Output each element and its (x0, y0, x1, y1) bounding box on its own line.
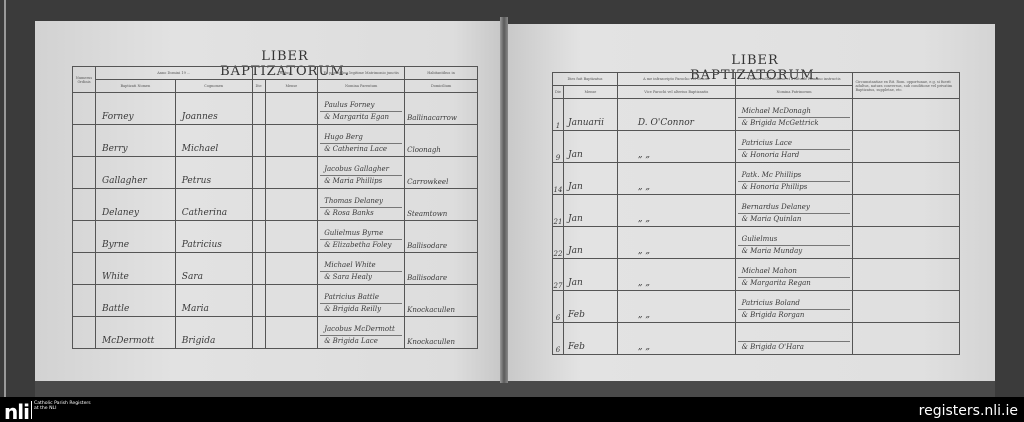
day-cell: 22 (553, 227, 564, 259)
mother-name: & Brigida Reilly (320, 304, 402, 315)
forename-cell: Michael (175, 125, 252, 157)
born-day-cell (252, 317, 265, 349)
remarks-cell (853, 131, 960, 163)
book-bottom-edge (35, 381, 995, 397)
parents-cell: Hugo Berg& Catherina Lace (318, 125, 405, 157)
viewer-footer (0, 397, 1024, 422)
born-month-cell (265, 221, 318, 253)
father-name: Paulus Forney (320, 100, 402, 112)
remarks-cell (853, 99, 960, 131)
month-cell: Feb (563, 323, 617, 355)
priest-cell: „ „ (617, 323, 735, 355)
parents-cell: Patricius Battle& Brigida Reilly (318, 285, 405, 317)
father-name: Hugo Berg (320, 132, 402, 144)
priest-cell: „ „ (617, 163, 735, 195)
mother-name: & Elizabetha Foley (320, 240, 402, 251)
table-row: DelaneyCatherinaThomas Delaney& Rosa Ban… (73, 189, 478, 221)
sponsors-cell: Bernardus Delaney& Maria Quinlan (735, 195, 853, 227)
sponsors-cell: Michael McDonagh& Brigida McGettrick (735, 99, 853, 131)
month-cell: Jan (563, 259, 617, 291)
book-gutter (500, 17, 508, 383)
domicile-cell: Carrowkeel (405, 157, 478, 189)
domicile-cell: Knockacullen (405, 317, 478, 349)
born-day-cell (252, 221, 265, 253)
numerus-cell (73, 317, 96, 349)
priest-cell: „ „ (617, 291, 735, 323)
sponsors-cell: Patk. Mc Phillips& Honoria Phillips (735, 163, 853, 195)
father-name: Patricius Battle (320, 292, 402, 304)
table-row: BerryMichaelHugo Berg& Catherina LaceClo… (73, 125, 478, 157)
header-remarks: Circumstantiae ex Rit. Rom. opportunae, … (853, 73, 960, 99)
parents-cell: Michael White& Sara Healy (318, 253, 405, 285)
domicile-cell: Ballisodare (405, 221, 478, 253)
brand-text: Catholic Parish Registers at the NLI (34, 401, 94, 411)
born-day-cell (252, 125, 265, 157)
logo-divider (31, 401, 32, 419)
month-cell: Jan (563, 131, 617, 163)
header-habitantibus: Habitantibus in (405, 67, 478, 80)
parents-cell: Gulielmus Byrne& Elizabetha Foley (318, 221, 405, 253)
numerus-cell (73, 221, 96, 253)
mother-name: & Catherina Lace (320, 144, 402, 155)
godmother-name: & Honoria Phillips (738, 182, 851, 193)
month-cell: Jan (563, 227, 617, 259)
domicile-cell: Steamtown (405, 189, 478, 221)
header-mense: Mense (265, 80, 318, 93)
numerus-cell (73, 285, 96, 317)
godmother-name: & Brigida McGettrick (738, 118, 851, 129)
priest-cell: „ „ (617, 195, 735, 227)
born-day-cell (252, 157, 265, 189)
domicile-cell: Ballisodare (405, 253, 478, 285)
surname-cell: Forney (95, 93, 175, 125)
day-cell: 27 (553, 259, 564, 291)
priest-cell: D. O'Connor (617, 99, 735, 131)
month-cell: Januarii (563, 99, 617, 131)
godfather-name: Bernardus Delaney (738, 202, 851, 214)
header-cognomen: Cognomen (175, 80, 252, 93)
header-a-me: A me infrascripto Parocho vel Vicario (617, 73, 735, 86)
godmother-name: & Honoria Hard (738, 150, 851, 161)
born-month-cell (265, 317, 318, 349)
parents-cell: Jacobus McDermott& Brigida Lace (318, 317, 405, 349)
day-cell: 9 (553, 131, 564, 163)
godfather-name: Patk. Mc Phillips (738, 170, 851, 182)
father-name: Michael White (320, 260, 402, 272)
header-die: Die (252, 80, 265, 93)
godmother-name: & Brigida O'Hara (738, 342, 851, 353)
godmother-name: & Maria Quinlan (738, 214, 851, 225)
godfather-name (738, 330, 851, 342)
forename-cell: Sara (175, 253, 252, 285)
header-dies: Dies fuit Baptizatus (553, 73, 618, 86)
forename-cell: Catherina (175, 189, 252, 221)
header-anno: Anno Domini 19 ... (95, 67, 252, 80)
table-row: 27Jan„ „Michael Mahon& Margarita Regan (553, 259, 960, 291)
right-register-table: Dies fuit Baptizatus A me infrascripto P… (552, 72, 960, 355)
remarks-cell (853, 227, 960, 259)
header-natus: Natus (252, 67, 318, 80)
domicile-cell: Knockacullen (405, 285, 478, 317)
born-month-cell (265, 125, 318, 157)
godmother-name: & Brigida Rorgan (738, 310, 851, 321)
sponsors-cell: Gulielmus& Maria Munday (735, 227, 853, 259)
parents-cell: Thomas Delaney& Rosa Banks (318, 189, 405, 221)
forename-cell: Petrus (175, 157, 252, 189)
day-cell: 1 (553, 99, 564, 131)
table-row: 1JanuariiD. O'ConnorMichael McDonagh& Br… (553, 99, 960, 131)
numerus-cell (73, 157, 96, 189)
domicile-cell: Cloonagh (405, 125, 478, 157)
born-day-cell (252, 285, 265, 317)
remarks-cell (853, 163, 960, 195)
parents-cell: Jacobus Gallagher& Maria Phillips (318, 157, 405, 189)
surname-cell: Berry (95, 125, 175, 157)
parents-cell: Paulus Forney& Margarita Egan (318, 93, 405, 125)
table-row: 21Jan„ „Bernardus Delaney& Maria Quinlan (553, 195, 960, 227)
born-month-cell (265, 285, 318, 317)
sponsors-cell: Michael Mahon& Margarita Regan (735, 259, 853, 291)
month-cell: Jan (563, 195, 617, 227)
sponsors-cell: & Brigida O'Hara (735, 323, 853, 355)
numerus-cell (73, 253, 96, 285)
nli-logo[interactable]: nli (4, 403, 29, 421)
godmother-name: & Margarita Regan (738, 278, 851, 289)
forename-cell: Brigida (175, 317, 252, 349)
site-link[interactable]: registers.nli.ie (919, 403, 1018, 419)
born-month-cell (265, 189, 318, 221)
born-month-cell (265, 157, 318, 189)
remarks-cell (853, 195, 960, 227)
header-patrini: Nomina Patrinorum (735, 86, 853, 99)
godfather-name: Gulielmus (738, 234, 851, 246)
mother-name: & Maria Phillips (320, 176, 402, 187)
table-row: McDermottBrigidaJacobus McDermott& Brigi… (73, 317, 478, 349)
father-name: Thomas Delaney (320, 196, 402, 208)
month-cell: Jan (563, 163, 617, 195)
month-cell: Feb (563, 291, 617, 323)
father-name: Gulielmus Byrne (320, 228, 402, 240)
header-vice: Vice Parochi vel alterius Baptizantis (617, 86, 735, 99)
mother-name: & Sara Healy (320, 272, 402, 283)
priest-cell: „ „ (617, 227, 735, 259)
mother-name: & Rosa Banks (320, 208, 402, 219)
table-row: 9Jan„ „Patricius Lace& Honoria Hard (553, 131, 960, 163)
surname-cell: Battle (95, 285, 175, 317)
father-name: Jacobus McDermott (320, 324, 402, 336)
forename-cell: Joannes (175, 93, 252, 125)
header-parentes: Nomina Parentum (318, 80, 405, 93)
mother-name: & Margarita Egan (320, 112, 402, 123)
father-name: Jacobus Gallagher (320, 164, 402, 176)
godfather-name: Patricius Lace (738, 138, 851, 150)
priest-cell: „ „ (617, 131, 735, 163)
table-row: WhiteSaraMichael White& Sara HealyBallis… (73, 253, 478, 285)
header-numerus: Numerus Ordinis (73, 67, 96, 93)
mother-name: & Brigida Lace (320, 336, 402, 347)
sponsors-cell: Patricius Lace& Honoria Hard (735, 131, 853, 163)
numerus-cell (73, 125, 96, 157)
header-mense: Mense (563, 86, 617, 99)
domicile-cell: Ballinacarrow (405, 93, 478, 125)
born-day-cell (252, 189, 265, 221)
godfather-name: Patricius Boland (738, 298, 851, 310)
day-cell: 21 (553, 195, 564, 227)
numerus-cell (73, 93, 96, 125)
day-cell: 6 (553, 323, 564, 355)
forename-cell: Maria (175, 285, 252, 317)
godfather-name: Michael McDonagh (738, 106, 851, 118)
left-register-table: Numerus Ordinis Anno Domini 19 ... Natus… (72, 66, 478, 349)
table-row: 6Feb„ „& Brigida O'Hara (553, 323, 960, 355)
header-die: Die (553, 86, 564, 99)
table-row: BattleMariaPatricius Battle& Brigida Rei… (73, 285, 478, 317)
table-row: 6Feb„ „Patricius Boland& Brigida Rorgan (553, 291, 960, 323)
header-domicilium: Domicilium (405, 80, 478, 93)
priest-cell: „ „ (617, 259, 735, 291)
header-parentes-group: Ex parentibus legitime Matrimonio juncti… (318, 67, 405, 80)
sponsors-cell: Patricius Boland& Brigida Rorgan (735, 291, 853, 323)
surname-cell: Delaney (95, 189, 175, 221)
header-nomen: Baptizati Nomen (95, 80, 175, 93)
born-month-cell (265, 93, 318, 125)
surname-cell: Gallagher (95, 157, 175, 189)
table-row: 22Jan„ „Gulielmus& Maria Munday (553, 227, 960, 259)
header-patrini-group: Patrinis adhibentibus et a Rituale Roman… (735, 73, 853, 86)
frame-edge-line (4, 0, 6, 397)
surname-cell: McDermott (95, 317, 175, 349)
born-month-cell (265, 253, 318, 285)
table-row: 14Jan„ „Patk. Mc Phillips& Honoria Phill… (553, 163, 960, 195)
godfather-name: Michael Mahon (738, 266, 851, 278)
remarks-cell (853, 323, 960, 355)
table-row: GallagherPetrusJacobus Gallagher& Maria … (73, 157, 478, 189)
godmother-name: & Maria Munday (738, 246, 851, 257)
surname-cell: White (95, 253, 175, 285)
born-day-cell (252, 253, 265, 285)
remarks-cell (853, 291, 960, 323)
surname-cell: Byrne (95, 221, 175, 253)
forename-cell: Patricius (175, 221, 252, 253)
numerus-cell (73, 189, 96, 221)
remarks-cell (853, 259, 960, 291)
table-row: ByrnePatriciusGulielmus Byrne& Elizabeth… (73, 221, 478, 253)
table-row: ForneyJoannesPaulus Forney& Margarita Eg… (73, 93, 478, 125)
day-cell: 14 (553, 163, 564, 195)
born-day-cell (252, 93, 265, 125)
day-cell: 6 (553, 291, 564, 323)
